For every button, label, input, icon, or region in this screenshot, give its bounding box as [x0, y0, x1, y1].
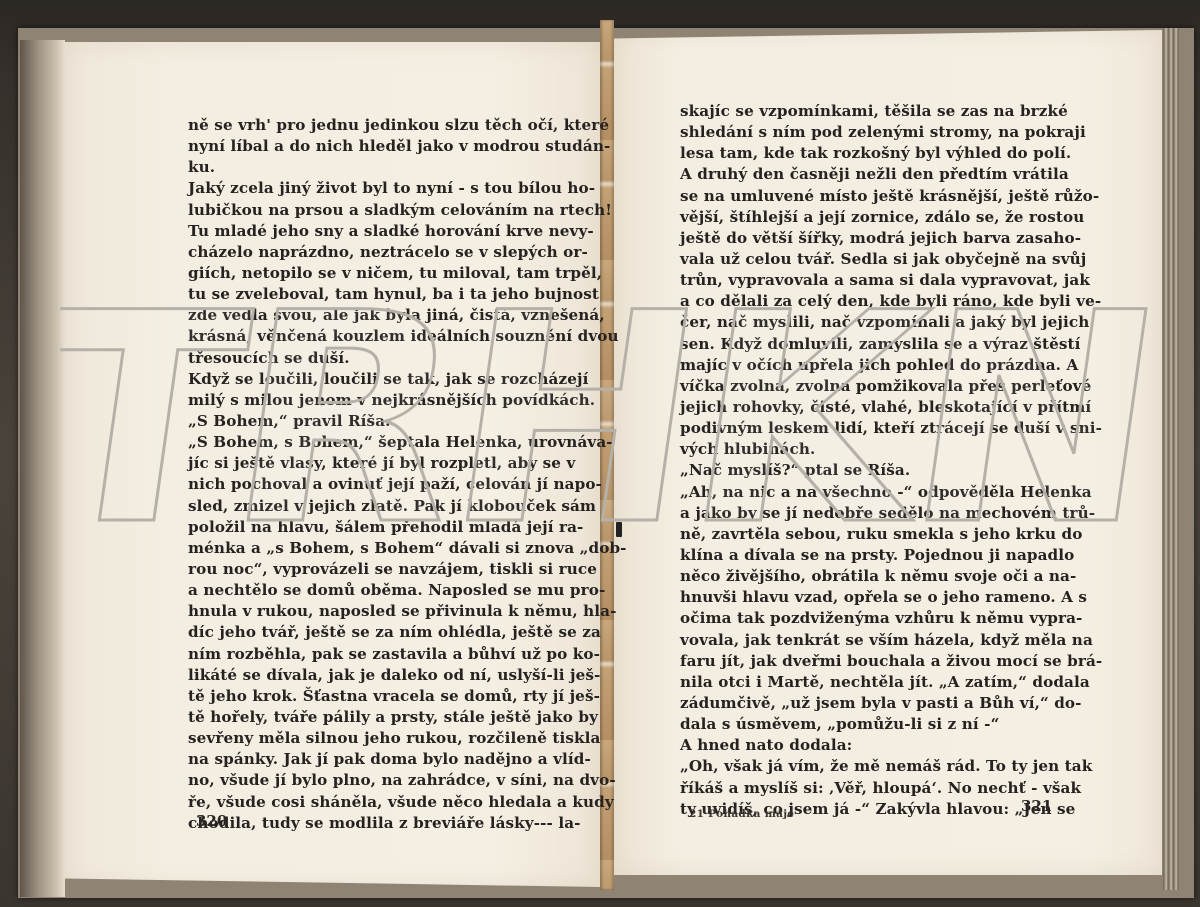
text-line: ménka a „s Bohem, s Bohem“ dávali si zno… [188, 538, 544, 559]
text-line: „Nač myslíš?“ ptal se Ríša. [680, 460, 1037, 481]
text-line: sled, zmizel v jejich zlatě. Pak jí klob… [188, 496, 544, 517]
text-line: sen. Když domluvili, zamyslila se a výra… [680, 334, 1037, 355]
book-left-page-edges [20, 40, 65, 897]
left-page-number: 320 [196, 812, 227, 830]
book-right-page-edges [1163, 28, 1179, 890]
right-page-number: 321 [1021, 797, 1052, 815]
text-line: na spánky. Jak jí pak doma bylo nadějno … [188, 749, 544, 770]
text-line: ku. [188, 157, 544, 178]
text-line: tě jeho krok. Šťastna vracela se domů, r… [188, 686, 544, 707]
text-line: se na umluvené místo ještě krásnější, je… [680, 186, 1037, 207]
text-line: tě hořely, tváře pálily a prsty, stále j… [188, 707, 544, 728]
text-line: chodila, tudy se modlila z breviáře lásk… [188, 813, 544, 834]
text-line: očima tak pozdviženýma vzhůru k němu vyp… [680, 608, 1037, 629]
text-line: lubičkou na prsou a sladkým celováním na… [188, 200, 544, 221]
text-line: „S Bohem,“ pravil Ríša. [188, 411, 544, 432]
text-line: díc jeho tvář, ještě se za ním ohlédla, … [188, 622, 544, 643]
text-line: nila otci i Martě, nechtěla jít. „A zatí… [680, 672, 1037, 693]
text-line: nyní líbal a do nich hleděl jako v modro… [188, 136, 544, 157]
text-line: A druhý den časněji nežli den předtím vr… [680, 164, 1037, 185]
text-line: „Ah, na nic a na všechno -“ odpověděla H… [680, 482, 1037, 503]
text-line: krásná, věnčená kouzlem ideálních souzně… [188, 326, 544, 347]
text-line: skajíc se vzpomínkami, těšila se zas na … [680, 101, 1037, 122]
text-line: tu se zveleboval, tam hynul, ba i ta jeh… [188, 284, 544, 305]
text-line: majíc v očích upřela jich pohled do práz… [680, 355, 1037, 376]
left-page-body-text: ně se vrh' pro jednu jedinkou slzu těch … [188, 115, 544, 834]
text-line: milý s milou jenom v nejkrásnějších poví… [188, 390, 544, 411]
text-line: říkáš a myslíš si: ‚Věř, hloupá‘. No nec… [680, 778, 1037, 799]
text-line: jejich rohovky, čisté, vlahé, bleskotají… [680, 397, 1037, 418]
text-line: nich pochoval a ovinuť její paží, celová… [188, 474, 544, 495]
text-line: „S Bohem, s Bohem,“ šeptala Helenka, uro… [188, 432, 544, 453]
text-line: ně, zavrtěla sebou, ruku smekla s jeho k… [680, 524, 1037, 545]
text-line: položil na hlavu, šálem přehodil mladá j… [188, 517, 544, 538]
text-line: trůn, vypravovala a sama si dala vypravo… [680, 270, 1037, 291]
text-line: sevřeny měla silnou jeho rukou, rozčilen… [188, 728, 544, 749]
text-line: likáté se dívala, jak je daleko od ní, u… [188, 665, 544, 686]
text-line: jíc si ještě vlasy, které jí byl rozplet… [188, 453, 544, 474]
text-line: dala s úsměvem, „pomůžu-li si z ní -“ [680, 714, 1037, 735]
text-line: ně se vrh' pro jednu jedinkou slzu těch … [188, 115, 544, 136]
text-line: shledání s ním pod zelenými stromy, na p… [680, 122, 1037, 143]
text-line: „Oh, však já vím, že mě nemáš rád. To ty… [680, 756, 1037, 777]
text-line: Jaký zcela jiný život byl to nyní - s to… [188, 178, 544, 199]
text-line: čer, nač myslili, nač vzpomínali a jaký … [680, 312, 1037, 333]
text-line: Tu mladé jeho sny a sladké horování krve… [188, 221, 544, 242]
text-line: no, všude jí bylo plno, na zahrádce, v s… [188, 770, 544, 791]
text-line: hnula v rukou, naposled se přivinula k n… [188, 601, 544, 622]
text-line: zde vedla svou, ale jak byla jiná, čistá… [188, 305, 544, 326]
text-line: víčka zvolna, zvolna pomžikovala přes pe… [680, 376, 1037, 397]
text-line: klína a dívala se na prsty. Pojednou ji … [680, 545, 1037, 566]
text-line: třesoucích se duší. [188, 348, 544, 369]
text-line: vých hlubinách. [680, 439, 1037, 460]
text-line: lesa tam, kde tak rozkošný byl výhled do… [680, 143, 1037, 164]
text-line: giích, netopilo se v ničem, tu miloval, … [188, 263, 544, 284]
text-line: cházelo naprázdno, neztrácelo se v slepý… [188, 242, 544, 263]
text-line: vovala, jak tenkrát se vším házela, když… [680, 630, 1037, 651]
binding-thread-mark [616, 522, 622, 537]
text-line: faru jít, jak dveřmi bouchala a živou mo… [680, 651, 1037, 672]
text-line: hnuvši hlavu vzad, opřela se o jeho rame… [680, 587, 1037, 608]
text-line: vala už celou tvář. Sedla si jak obyčejn… [680, 249, 1037, 270]
text-line: a jako by se jí nedobře sedělo na mechov… [680, 503, 1037, 524]
text-line: něco živějšího, obrátila k němu svoje oč… [680, 566, 1037, 587]
text-line: vější, štíhlejší a její zornice, zdálo s… [680, 207, 1037, 228]
text-line: ještě do větší šířky, modrá jejich barva… [680, 228, 1037, 249]
right-page-body-text: skajíc se vzpomínkami, těšila se zas na … [680, 101, 1037, 820]
text-line: Když se loučili, loučili se tak, jak se … [188, 369, 544, 390]
text-line: podivným leskem lidí, kteří ztrácejí se … [680, 418, 1037, 439]
text-line: A hned nato dodala: [680, 735, 1037, 756]
text-line: a nechtělo se domů oběma. Naposled se mu… [188, 580, 544, 601]
text-line: ním rozběhla, pak se zastavila a bůhví u… [188, 644, 544, 665]
text-line: ře, všude cosi sháněla, všude něco hleda… [188, 792, 544, 813]
text-line: zádumčivě, „už jsem byla v pasti a Bůh v… [680, 693, 1037, 714]
signature-mark: 21 Pohádka máje [689, 808, 794, 820]
text-line: a co dělali za celý den, kde byli ráno, … [680, 291, 1037, 312]
text-line: rou noc“, vyprovázeli se navzájem, tiskl… [188, 559, 544, 580]
